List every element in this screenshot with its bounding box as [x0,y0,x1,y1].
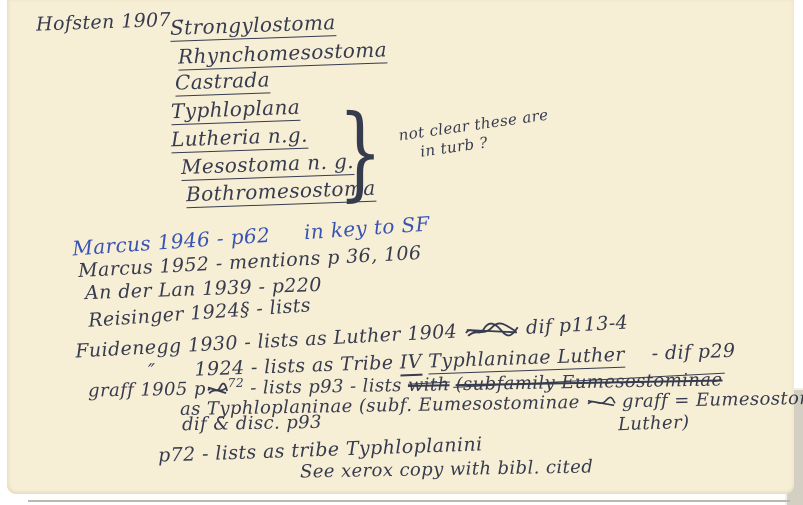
grouping-brace: } [338,102,383,204]
ref-graff-dif: dif & disc. p93 [182,412,322,435]
underlying-card-edge [28,500,790,502]
genus-strongylostoma: Strongylostoma [170,10,336,40]
genus-mesostoma: Mesostoma n. g. [181,149,355,179]
ink-scribble-crossout-icon [463,320,520,341]
scanned-notecard: Hofsten 1907 - Strongylostoma Rhynchomes… [0,0,803,505]
genus-castrada: Castrada [175,67,271,94]
ink-scribble-crossout-icon [586,395,616,410]
ref-graff-line2-author: Luther) [618,412,690,435]
genus-typhloplana: Typhloplana [171,95,301,123]
ink-blot-icon [206,382,228,397]
genus-lutheria: Lutheria n.g. [171,123,309,152]
